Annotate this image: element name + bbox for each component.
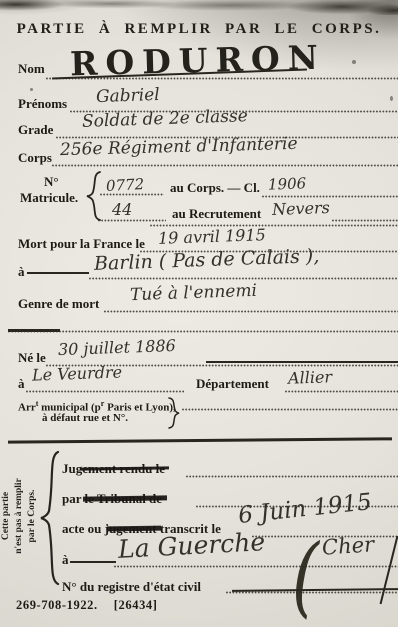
- transcription-lieu-label: à: [62, 552, 69, 568]
- transcription-brace: [38, 449, 60, 587]
- grade-label: Grade: [18, 122, 53, 138]
- matricule-brace: [84, 170, 102, 222]
- genre-mort-value: Tué à l'ennemi: [130, 281, 258, 305]
- dotted-line: [104, 310, 398, 313]
- departement-label: Département: [196, 376, 269, 392]
- genre-mort-label: Genre de mort: [18, 296, 99, 312]
- jugement-line: Jugement rendu le: [62, 461, 165, 477]
- dotted-line: [285, 390, 398, 393]
- transcription-lieu-dept: Cher: [321, 532, 375, 560]
- form-title: PARTIE À REMPLIR PAR LE CORPS.: [0, 21, 398, 38]
- matricule-corps-number: 0772: [106, 175, 145, 195]
- dotted-line: [26, 390, 184, 393]
- recrutement-place-value: Nevers: [272, 198, 330, 219]
- au-recrutement-label: au Recrutement: [172, 206, 261, 222]
- registre-label: N° du registre d'état civil: [62, 579, 201, 595]
- margin-note-line3: par le Corps.: [26, 446, 39, 586]
- mort-date-label: Mort pour la France le: [18, 236, 145, 252]
- naissance-lieu-label: à: [18, 376, 25, 392]
- lieu-open-paren: (: [291, 523, 319, 627]
- tribunal-struck-text: le Tribunal de: [85, 491, 163, 507]
- tribunal-line: par le Tribunal de: [62, 491, 162, 507]
- mort-lieu-label: à: [18, 264, 25, 280]
- transcription-lieu-value: La Guerche: [117, 527, 265, 564]
- margin-note-line2: n'est pas à remplir: [13, 446, 26, 586]
- section-divider-rule: [8, 437, 392, 443]
- departement-value: Allier: [288, 367, 333, 388]
- rule-line: [206, 361, 398, 363]
- dotted-line: [182, 408, 398, 411]
- au-corps-label: au Corps. — Cl.: [170, 180, 260, 196]
- dotted-line: [114, 565, 398, 568]
- prenoms-label: Prénoms: [18, 96, 67, 112]
- corps-label: Corps: [18, 150, 52, 166]
- matricule-recrutement-number: 44: [112, 200, 132, 219]
- rule-line: [27, 272, 89, 274]
- naissance-lieu-value: Le Veurdre: [32, 362, 123, 384]
- military-death-record-card: PARTIE À REMPLIR PAR LE CORPS. Nom RODUR…: [0, 0, 398, 627]
- scan-speck: [352, 60, 356, 64]
- matricule-label-line1: N°: [44, 174, 59, 190]
- acte-date-value: 6 Juin 1915: [237, 489, 373, 529]
- imprint-code: 269-708-1922.[26434]: [16, 598, 174, 613]
- classe-value: 1906: [268, 174, 307, 193]
- mort-date-value: 19 avril 1915: [158, 225, 266, 248]
- margin-note-line1: Cette partie: [0, 446, 13, 586]
- naissance-date-label: Né le: [18, 350, 46, 366]
- dotted-line: [89, 277, 398, 280]
- scan-speck: [30, 88, 33, 91]
- dotted-line: [150, 224, 398, 227]
- scan-speck: [390, 96, 393, 101]
- imprint-number: 269-708-1922.: [16, 598, 98, 612]
- arrondissement-brace: [166, 396, 180, 430]
- matricule-label-line2: Matricule.: [20, 190, 78, 206]
- arrondissement-label-line2: à défaut rue et N°.: [42, 412, 128, 424]
- separator-dotted: [8, 330, 398, 333]
- dotted-line: [186, 475, 398, 478]
- dotted-line: [262, 195, 398, 198]
- jugement-struck-text: ement rendu le: [82, 461, 165, 477]
- imprint-reference: [26434]: [114, 598, 158, 612]
- nom-label: Nom: [18, 61, 45, 77]
- dotted-line: [100, 193, 164, 196]
- prenoms-value: Gabriel: [96, 85, 160, 107]
- rule-line: [70, 561, 116, 563]
- margin-note-vertical: Cette partie n'est pas à remplir par le …: [0, 446, 40, 586]
- dotted-line: [332, 219, 398, 222]
- naissance-date-value: 30 juillet 1886: [58, 336, 176, 359]
- dotted-line: [98, 219, 166, 222]
- dotted-line: [46, 77, 398, 80]
- dotted-line: [52, 164, 398, 167]
